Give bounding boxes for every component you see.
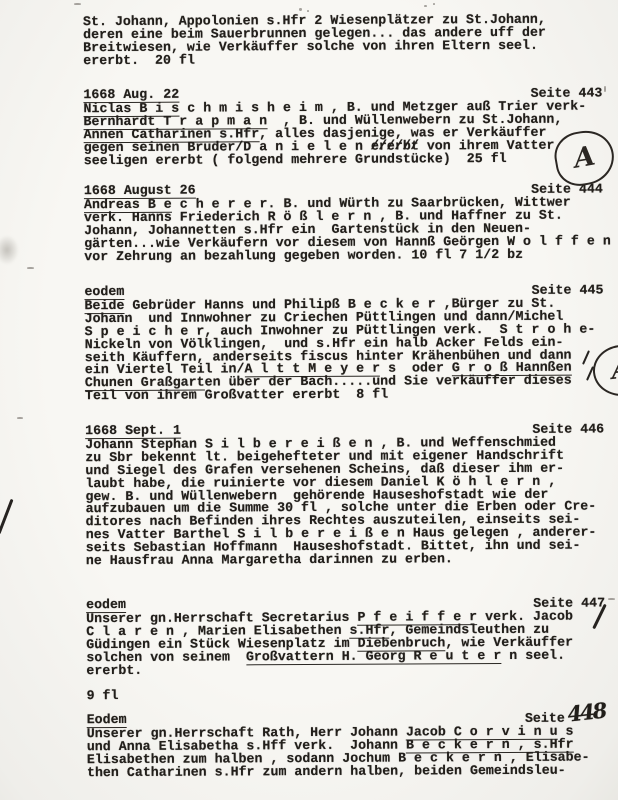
scan-speck	[74, 3, 81, 5]
entry-seite-443: 1668 Aug. 22Seite 443Niclas B i s c h m …	[83, 86, 602, 167]
scan-speck	[307, 10, 309, 12]
entry-seite-447: eodemSeite 447Unserer gn.Herrschaft Secr…	[86, 596, 605, 677]
scan-speck	[27, 267, 34, 269]
text-line: ne Hausfrau Anna Margaretha darinnen zu …	[86, 553, 605, 569]
handwritten-page-number: 448	[567, 706, 606, 720]
overstrike-slashes: //////	[371, 140, 420, 153]
circled-a-glyph: A	[573, 150, 596, 166]
entry-continuation: St. Johann, Appolonien s.Hfr 2 Wiesenplä…	[83, 13, 602, 67]
text-line: 9 fl	[87, 687, 606, 703]
entry-seite-444: 1668 August 26Seite 444Andreas B e c h e…	[84, 182, 603, 263]
text-line: Teil von ihrem Großvatter ererbt 8 fl	[85, 388, 604, 404]
scan-speck	[433, 3, 435, 5]
scan-speck	[608, 598, 615, 600]
text-line: solchen von seinem Großvattern H. Georg …	[86, 649, 605, 665]
scan-speck	[17, 417, 23, 419]
text-line: ererbt. 20 fl	[83, 52, 602, 68]
text-line: seeligen ererbt ( folgend mehrere Grunds…	[84, 152, 603, 168]
scanned-register-page: St. Johann, Appolonien s.Hfr 2 Wiesenplä…	[0, 0, 618, 800]
entry-seite-446: 1668 Sept. 1Seite 446Johann Stephan S i …	[85, 422, 605, 568]
typewritten-text-layer: St. Johann, Appolonien s.Hfr 2 Wiesenplä…	[0, 0, 618, 800]
entry-seite-448: EodemSeite448Unserer gn.Herrschaft Rath,…	[87, 709, 606, 779]
text-line: vor Zehrung an bezahlung gegeben worden.…	[84, 248, 603, 264]
struck-word: ererbt//////	[371, 140, 419, 153]
price-line: 9 fl	[87, 687, 606, 703]
text-line: then Catharinen s.Hfr zum andern halben,…	[87, 764, 606, 780]
underlined-name: Großvattern H. Georg R e u t e r	[246, 648, 501, 665]
entry-seite-445: eodemSeite 445Beide Gebrüder Hanns und P…	[84, 283, 604, 403]
scan-speck	[299, 8, 302, 11]
scan-speck	[604, 86, 606, 92]
circled-a-glyph: A	[611, 363, 618, 378]
scan-speck	[424, 5, 427, 7]
